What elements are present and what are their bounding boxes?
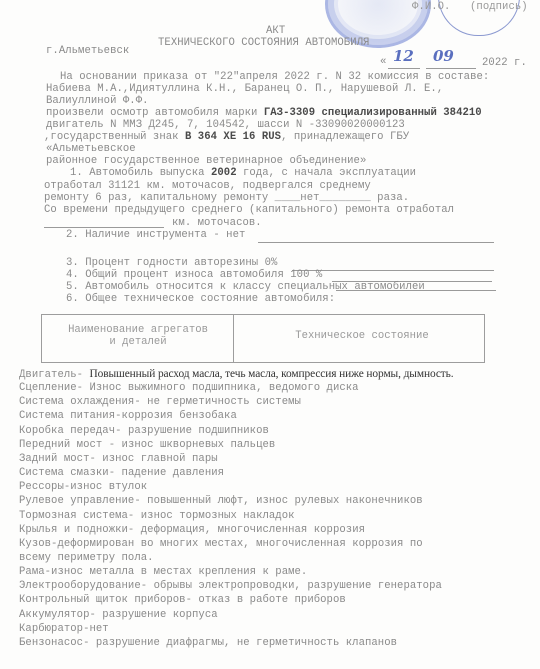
item-1-line: Со времени предыдущего среднего (капитал… bbox=[44, 204, 454, 216]
condition-component: Коробка передач- bbox=[19, 425, 128, 437]
condition-row: всему периметру пола. bbox=[19, 552, 154, 564]
document-page: Ф.И.О. (подпись) АКТ ТЕХНИЧЕСКОГО СОСТОЯ… bbox=[0, 0, 540, 669]
item-3-underline bbox=[292, 270, 494, 271]
condition-component: Система питания- bbox=[19, 410, 122, 422]
condition-value: износ шкворневых пальцев bbox=[122, 439, 276, 451]
condition-component: Двигатель- bbox=[19, 369, 89, 381]
condition-component: Задний мост- bbox=[19, 453, 102, 465]
condition-value: коррозия бензобака bbox=[122, 410, 237, 422]
condition-row: Карбюратор-нет bbox=[19, 623, 109, 635]
condition-value: разрушение диафрагмы, не герметичность к… bbox=[96, 637, 397, 649]
item-1-line: ремонту 6 раз, капитальному ремонту ____… bbox=[44, 192, 409, 204]
condition-value: Повышенный расход масла, течь масла, ком… bbox=[89, 368, 453, 380]
condition-component: Аккумулятор- bbox=[19, 609, 102, 621]
col-header-line: и деталей bbox=[52, 336, 224, 348]
date-day: 12 bbox=[393, 47, 414, 65]
intro-line-vehicle: произвели осмотр автомобиля марки ГАЗ-33… bbox=[46, 107, 482, 119]
condition-row: Аккумулятор- разрушение корпуса bbox=[19, 609, 218, 621]
date-month: 09 bbox=[433, 47, 454, 65]
condition-row: Система охлаждения- не герметичность сис… bbox=[19, 396, 301, 408]
condition-value: нет bbox=[89, 623, 108, 635]
condition-component: Контрольный щиток приборов- bbox=[19, 594, 198, 606]
document-title: АКТ bbox=[266, 25, 285, 37]
condition-row: Электрооборудование- обрывы электропрово… bbox=[19, 580, 442, 592]
mileage-blank bbox=[44, 227, 164, 228]
col-header-line: Наименование агрегатов bbox=[52, 324, 224, 336]
condition-component: Рама- bbox=[19, 566, 51, 578]
item-2-underline bbox=[258, 242, 494, 243]
date-year: 2022 г. bbox=[482, 57, 527, 69]
condition-component: Бензонасос- bbox=[19, 637, 96, 649]
condition-value: износ тормозных накладок bbox=[141, 510, 295, 522]
item-text: 1. Автомобиль выпуска bbox=[70, 167, 211, 179]
condition-value: падение давления bbox=[122, 467, 225, 479]
condition-value: износ главной пары bbox=[102, 453, 217, 465]
condition-value: деформирован во многих местах, многочисл… bbox=[57, 538, 422, 550]
table-col-components: Наименование агрегатов и деталей bbox=[52, 324, 224, 348]
condition-value: износ металла в местах крепления к раме. bbox=[51, 566, 307, 578]
condition-value: всему периметру пола. bbox=[19, 552, 154, 564]
stamp-fio-label: Ф.И.О. bbox=[412, 1, 450, 13]
document-subtitle: ТЕХНИЧЕСКОГО СОСТОЯНИЯ АВТОМОБИЛЯ bbox=[158, 37, 369, 49]
condition-component: Система охлаждения- bbox=[19, 396, 147, 408]
condition-row: Бензонасос- разрушение диафрагмы, не гер… bbox=[19, 637, 397, 649]
condition-component: Рессоры- bbox=[19, 481, 70, 493]
condition-row: Рулевое управление- повышенный люфт, изн… bbox=[19, 495, 423, 507]
condition-row: Система питания-коррозия бензобака bbox=[19, 410, 237, 422]
date-open-quote: « bbox=[380, 56, 386, 68]
intro-text: , принадлежащего ГБУ bbox=[281, 131, 409, 143]
vehicle-model: ГАЗ-3309 специализированный 384210 bbox=[264, 107, 482, 119]
condition-value: разрушение подшипников bbox=[128, 425, 269, 437]
item-2: 2. Наличие инструмента - нет bbox=[66, 229, 245, 241]
condition-row: Рессоры-износ втулок bbox=[19, 481, 147, 493]
condition-value: повышенный люфт, износ рулевых наконечни… bbox=[147, 495, 423, 507]
condition-component: Электрооборудование- bbox=[19, 580, 154, 592]
signature-caption: (подпись) bbox=[470, 1, 528, 13]
date-day-underline bbox=[388, 68, 420, 69]
condition-row: Коробка передач- разрушение подшипников bbox=[19, 425, 269, 437]
condition-value: Износ выжимного подшипника, ведомого дис… bbox=[89, 382, 358, 394]
owner-line: «Альметьевское bbox=[46, 143, 136, 155]
condition-row: Крылья и подножки- деформация, многочисл… bbox=[19, 524, 365, 536]
condition-component: Передний мост - bbox=[19, 439, 122, 451]
condition-component: Система смазки- bbox=[19, 467, 122, 479]
manufacture-year: 2002 bbox=[211, 167, 237, 179]
condition-row: Система смазки- падение давления bbox=[19, 467, 224, 479]
item-4: 4. Общий процент износа автомобиля 100 % bbox=[66, 269, 322, 281]
intro-line: Набиева М.А.,Идиятуллина К.Н., Баранец О… bbox=[46, 83, 443, 95]
components-table-header: Наименование агрегатов и деталей Техниче… bbox=[41, 314, 485, 363]
condition-value: деформация, многочисленная коррозия bbox=[141, 524, 365, 536]
intro-text: ,государственный знак bbox=[44, 131, 185, 143]
engine-chassis-line: двигатель N ММЗ Д245, 7, 104542, шасси N… bbox=[46, 119, 405, 131]
item-5-underline bbox=[336, 290, 496, 291]
item-1-line: км. моточасов. bbox=[172, 217, 262, 229]
intro-text: произвели осмотр автомобиля марки bbox=[46, 107, 264, 119]
intro-line: На основании приказа от "22"апреля 2022 … bbox=[60, 71, 489, 83]
condition-value: отказ в работе приборов bbox=[198, 594, 345, 606]
condition-value: не герметичность системы bbox=[147, 396, 301, 408]
item-1-line: 1. Автомобиль выпуска 2002 года, с начал… bbox=[70, 167, 416, 179]
condition-row: Передний мост - износ шкворневых пальцев bbox=[19, 439, 275, 451]
condition-component: Кузов- bbox=[19, 538, 57, 550]
condition-component: Крылья и подножки- bbox=[19, 524, 141, 536]
license-plate: В 364 ХЕ 16 RUS bbox=[185, 131, 281, 143]
plate-line: ,государственный знак В 364 ХЕ 16 RUS, п… bbox=[44, 131, 409, 143]
condition-row: Двигатель- Повышенный расход масла, течь… bbox=[19, 368, 454, 381]
condition-row: Рама-износ металла в местах крепления к … bbox=[19, 566, 307, 578]
condition-row: Задний мост- износ главной пары bbox=[19, 453, 218, 465]
condition-row: Контрольный щиток приборов- отказ в рабо… bbox=[19, 594, 346, 606]
intro-line: Валиуллиной Ф.Ф. bbox=[46, 95, 149, 107]
condition-row: Сцепление- Износ выжимного подшипника, в… bbox=[19, 382, 359, 394]
owner-line: районное государственное ветеринарное об… bbox=[46, 155, 366, 167]
city: г.Альметьевск bbox=[46, 45, 129, 57]
condition-row: Тормозная система- износ тормозных накла… bbox=[19, 510, 295, 522]
condition-row: Кузов-деформирован во многих местах, мно… bbox=[19, 538, 423, 550]
condition-value: разрушение корпуса bbox=[102, 609, 217, 621]
condition-component: Тормозная система- bbox=[19, 510, 141, 522]
item-5: 5. Автомобиль относится к классу специал… bbox=[66, 281, 425, 293]
condition-value: обрывы электропроводки, разрушение генер… bbox=[154, 580, 442, 592]
date-month-underline bbox=[426, 68, 476, 69]
table-col-condition: Техническое состояние bbox=[242, 330, 482, 342]
condition-component: Карбюратор- bbox=[19, 623, 89, 635]
item-text: года, с начала эксплуатации bbox=[237, 167, 416, 179]
table-divider bbox=[233, 315, 234, 362]
condition-component: Сцепление- bbox=[19, 382, 89, 394]
item-6: 6. Общее техническое состояние автомобил… bbox=[66, 293, 335, 305]
condition-component: Рулевое управление- bbox=[19, 495, 147, 507]
condition-value: износ втулок bbox=[70, 481, 147, 493]
item-3: 3. Процент годности авторезины 0% bbox=[66, 257, 277, 269]
item-1-line: отработал 31121 км. моточасов, подвергал… bbox=[44, 180, 371, 192]
